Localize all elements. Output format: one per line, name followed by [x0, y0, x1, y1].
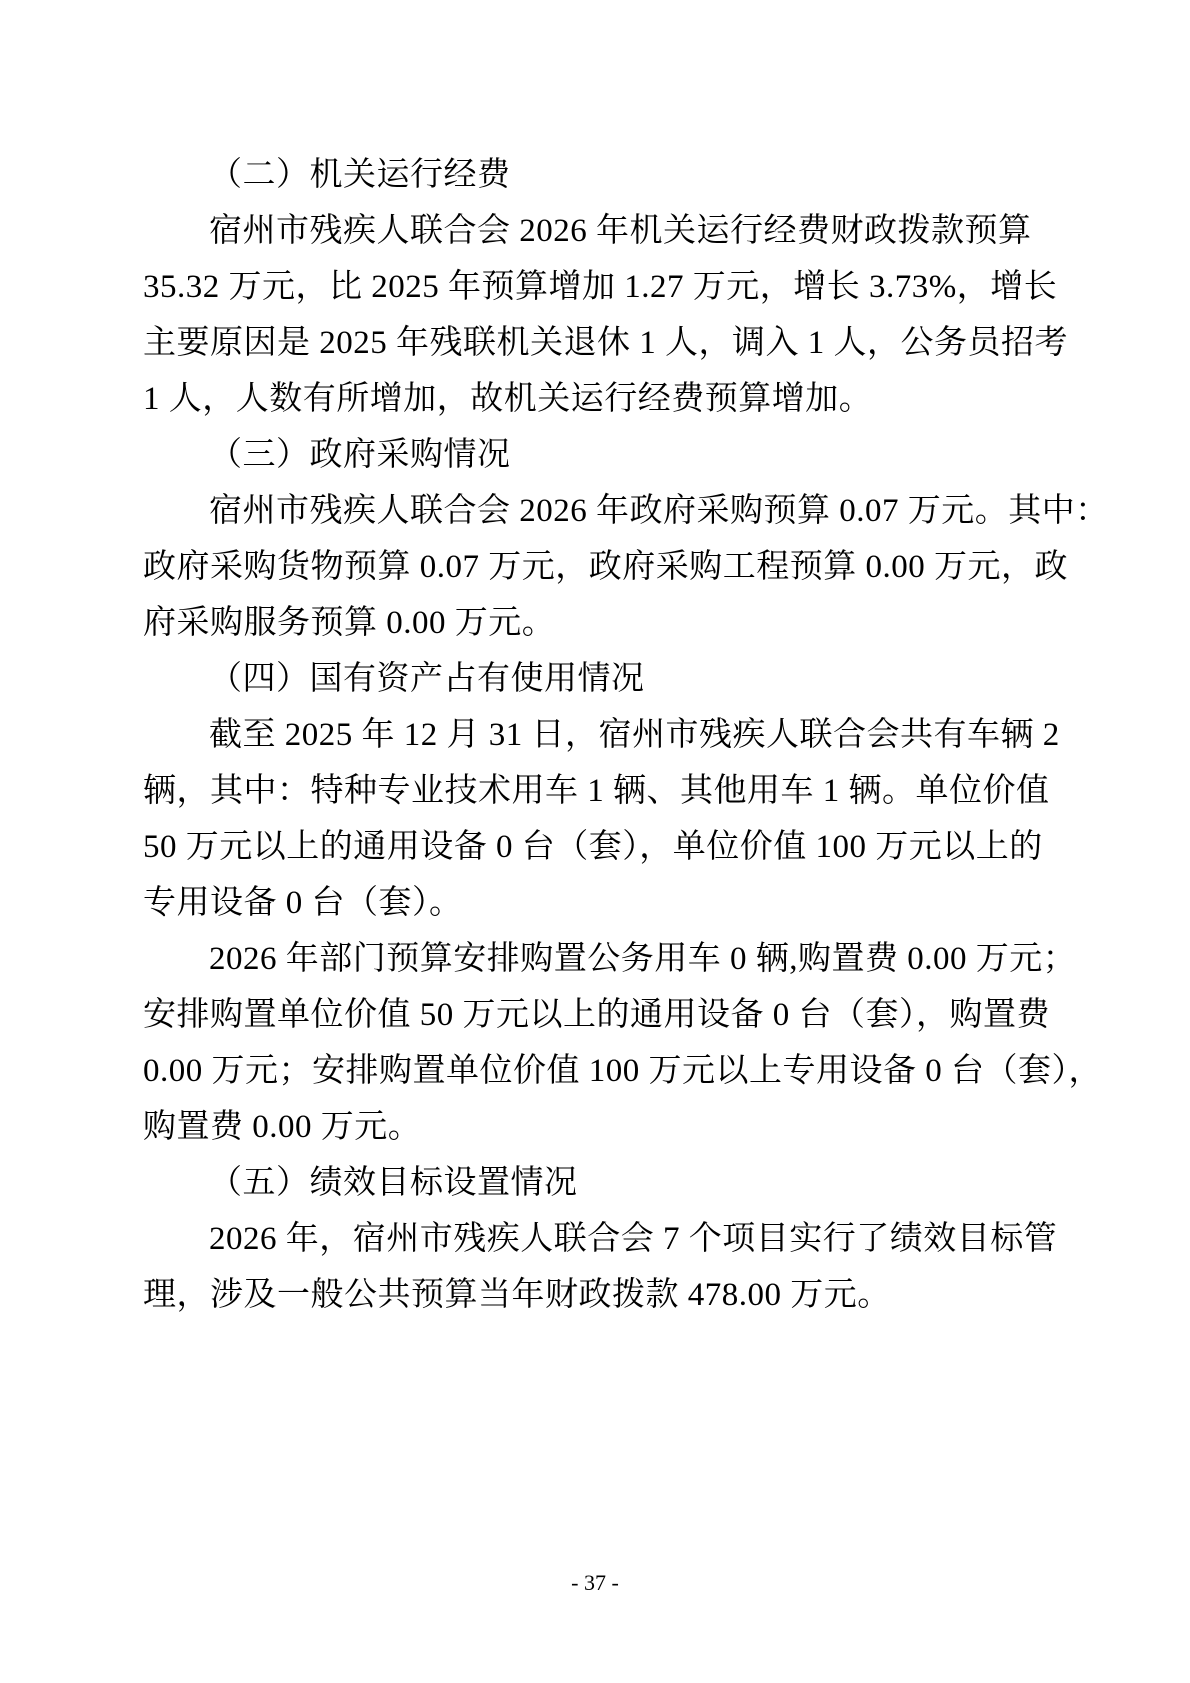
section-government-procurement: （三）政府采购情况 宿州市残疾人联合会 2026 年政府采购预算 0.07 万元… [143, 427, 1059, 651]
text-line: 主要原因是 2025 年残联机关退休 1 人，调入 1 人，公务员招考 [143, 315, 1059, 371]
text-line: 专用设备 0 台（套）。 [143, 875, 1059, 931]
document-page: （二）机关运行经费 宿州市残疾人联合会 2026 年机关运行经费财政拨款预算 3… [0, 0, 1190, 1683]
section-org-operating-costs: （二）机关运行经费 宿州市残疾人联合会 2026 年机关运行经费财政拨款预算 3… [143, 147, 1059, 427]
section-performance-targets: （五）绩效目标设置情况 2026 年，宿州市残疾人联合会 7 个项目实行了绩效目… [143, 1155, 1059, 1323]
text-line: 理，涉及一般公共预算当年财政拨款 478.00 万元。 [143, 1267, 1059, 1323]
text-line: 35.32 万元，比 2025 年预算增加 1.27 万元，增长 3.73%，增… [143, 259, 1059, 315]
text-line: 购置费 0.00 万元。 [143, 1099, 1059, 1155]
text-line: 政府采购货物预算 0.07 万元，政府采购工程预算 0.00 万元，政 [143, 539, 1059, 595]
text-line: 0.00 万元；安排购置单位价值 100 万元以上专用设备 0 台（套）， [143, 1043, 1059, 1099]
section-state-assets: （四）国有资产占有使用情况 截至 2025 年 12 月 31 日，宿州市残疾人… [143, 651, 1059, 1155]
text-line: 宿州市残疾人联合会 2026 年机关运行经费财政拨款预算 [143, 203, 1059, 259]
text-line: 2026 年，宿州市残疾人联合会 7 个项目实行了绩效目标管 [143, 1211, 1059, 1267]
text-line: 截至 2025 年 12 月 31 日，宿州市残疾人联合会共有车辆 2 [143, 707, 1059, 763]
text-line: 安排购置单位价值 50 万元以上的通用设备 0 台（套），购置费 [143, 987, 1059, 1043]
text-line: 辆，其中：特种专业技术用车 1 辆、其他用车 1 辆。单位价值 [143, 763, 1059, 819]
section-heading: （二）机关运行经费 [143, 147, 1059, 203]
section-heading: （五）绩效目标设置情况 [143, 1155, 1059, 1211]
text-line: 府采购服务预算 0.00 万元。 [143, 595, 1059, 651]
text-line: 宿州市残疾人联合会 2026 年政府采购预算 0.07 万元。其中： [143, 483, 1059, 539]
section-heading: （四）国有资产占有使用情况 [143, 651, 1059, 707]
text-block: （二）机关运行经费 宿州市残疾人联合会 2026 年机关运行经费财政拨款预算 3… [143, 147, 1059, 1323]
section-heading: （三）政府采购情况 [143, 427, 1059, 483]
page-number: - 37 - [0, 1568, 1190, 1598]
text-line: 50 万元以上的通用设备 0 台（套），单位价值 100 万元以上的 [143, 819, 1059, 875]
text-line: 1 人，人数有所增加，故机关运行经费预算增加。 [143, 371, 1059, 427]
text-line: 2026 年部门预算安排购置公务用车 0 辆,购置费 0.00 万元； [143, 931, 1059, 987]
